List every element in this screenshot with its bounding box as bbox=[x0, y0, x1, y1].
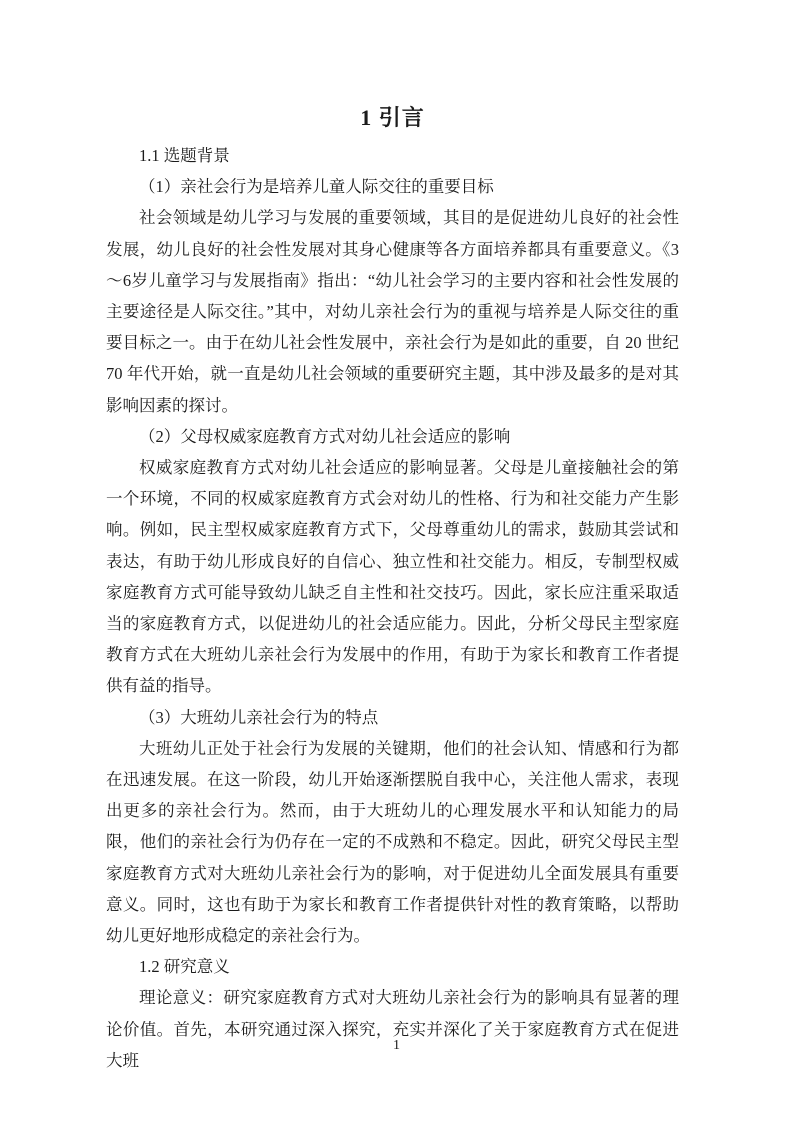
body-paragraph-2: 权威家庭教育方式对幼儿社会适应的影响显著。父母是儿童接触社会的第一个环境，不同的… bbox=[106, 452, 679, 702]
point-heading-1: （1）亲社会行为是培养儿童人际交往的重要目标 bbox=[106, 171, 679, 202]
point-heading-2: （2）父母权威家庭教育方式对幼儿社会适应的影响 bbox=[106, 421, 679, 452]
document-content: 1 引言 1.1 选题背景 （1）亲社会行为是培养儿童人际交往的重要目标 社会领… bbox=[106, 96, 679, 1076]
body-paragraph-4: 理论意义：研究家庭教育方式对大班幼儿亲社会行为的影响具有显著的理论价值。首先，本… bbox=[106, 982, 679, 1076]
section-heading-1-2: 1.2 研究意义 bbox=[106, 951, 679, 982]
body-paragraph-3: 大班幼儿正处于社会行为发展的关键期，他们的社会认知、情感和行为都在迅速发展。在这… bbox=[106, 733, 679, 951]
document-page: 1 引言 1.1 选题背景 （1）亲社会行为是培养儿童人际交往的重要目标 社会领… bbox=[0, 0, 793, 1122]
chapter-title: 1 引言 bbox=[106, 96, 679, 140]
point-heading-3: （3）大班幼儿亲社会行为的特点 bbox=[106, 702, 679, 733]
section-heading-1-1: 1.1 选题背景 bbox=[106, 140, 679, 171]
page-number: 1 bbox=[0, 1036, 793, 1056]
body-paragraph-1: 社会领域是幼儿学习与发展的重要领域，其目的是促进幼儿良好的社会性发展，幼儿良好的… bbox=[106, 202, 679, 420]
